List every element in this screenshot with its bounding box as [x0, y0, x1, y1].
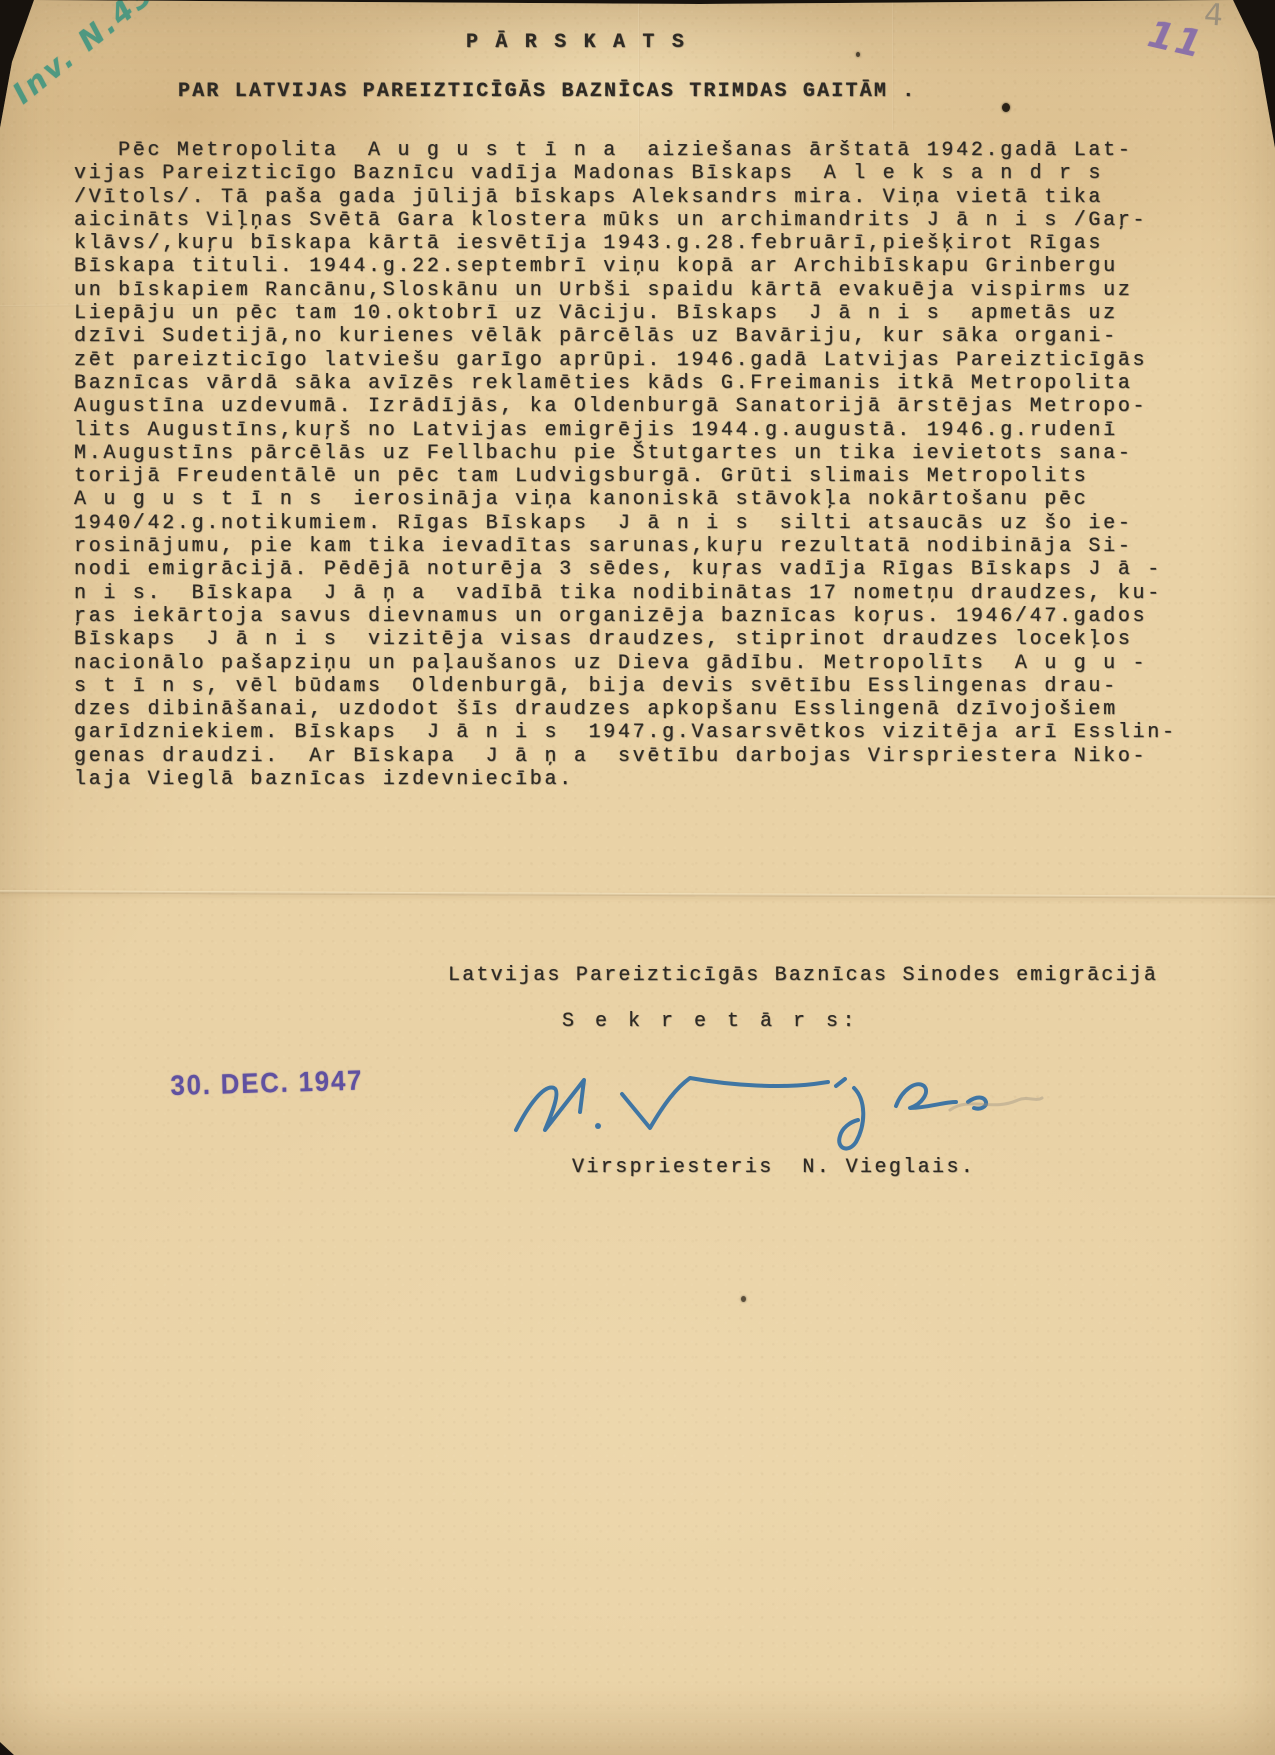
- signature-pencil-tail: [950, 1098, 1042, 1110]
- closing-organization-line: Latvijas Pareizticīgās Baznīcas Sinodes …: [448, 964, 1158, 987]
- signature-period-dot: [595, 1123, 601, 1129]
- paper-speck-2: [741, 1296, 746, 1302]
- document-subtitle: PAR LATVIJAS PAREIZTICĪGĀS BAZNĪCAS TRIM…: [178, 80, 917, 103]
- vertical-crease-2: [892, 0, 894, 130]
- signature-stroke-descender: [839, 1088, 863, 1149]
- signature-stroke-i: [836, 1079, 845, 1086]
- secretary-label: S e k r e t ā r s:: [562, 1010, 859, 1033]
- paper-sheet: P Ā R S K A T S PAR LATVIJAS PAREIZTICĪG…: [0, 0, 1275, 1755]
- body-paragraph: Pēc Metropolita A u g u s t ī n a aizieš…: [74, 139, 1177, 791]
- horizontal-fold-crease: [0, 890, 1275, 899]
- scanned-document: P Ā R S K A T S PAR LATVIJAS PAREIZTICĪG…: [0, 0, 1275, 1755]
- archive-number-pencil: 11: [1144, 12, 1208, 66]
- corner-number-pencil: 4: [1203, 0, 1224, 34]
- paper-speck: [856, 52, 860, 57]
- signature-stroke-l: [896, 1084, 956, 1108]
- paper-hole: [1002, 103, 1010, 112]
- document-title: P Ā R S K A T S: [466, 31, 687, 54]
- date-stamp: 30. DEC. 1947: [170, 1065, 364, 1102]
- signed-by-line: Virspriesteris N. Vieglais.: [572, 1156, 975, 1179]
- signature-handwriting: [498, 1060, 1058, 1160]
- inventory-note-handwriting: Inv. N.43: [6, 0, 161, 110]
- signature-stroke-n: [516, 1080, 584, 1130]
- signature-stroke-v: [622, 1078, 828, 1128]
